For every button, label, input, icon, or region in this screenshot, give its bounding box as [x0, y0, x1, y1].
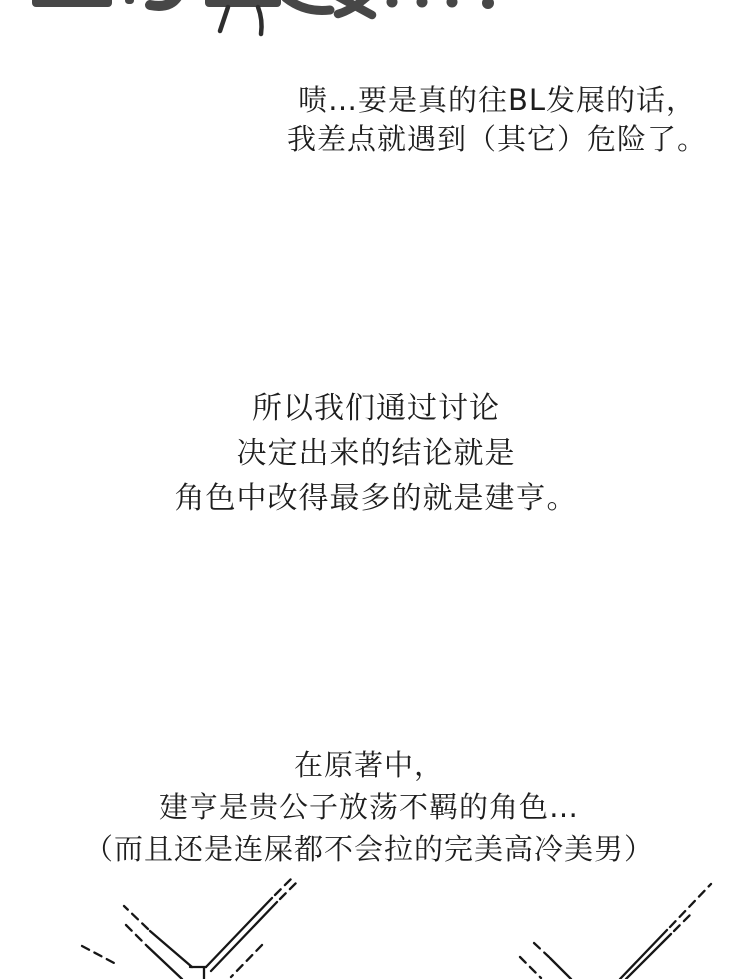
cropped-character-fragments-icon [32, 0, 494, 34]
cropped-title-strokes-art [0, 0, 740, 48]
narration-bottom-line-1: 在原著中， [34, 744, 704, 786]
narration-middle-line-3: 角色中改得最多的就是建亨。 [126, 476, 626, 521]
narration-bottom-line-3: （而且还是连屎都不会拉的完美高冷美男） [34, 828, 704, 870]
narration-bottom: 在原著中， 建亨是贵公子放荡不羁的角色… （而且还是连屎都不会拉的完美高冷美男） [34, 744, 704, 870]
narration-top-line-1: 啧…要是真的往BL发展的话， [254, 81, 740, 120]
narration-bottom-line-2: 建亨是贵公子放荡不羁的角色… [34, 786, 704, 828]
narration-top-line-2: 我差点就遇到（其它）危险了。 [254, 120, 740, 159]
narration-middle-line-2: 决定出来的结论就是 [126, 431, 626, 476]
sparkle-burst-left-icon [82, 877, 296, 979]
narration-top: 啧…要是真的往BL发展的话， 我差点就遇到（其它）危险了。 [254, 81, 740, 159]
narration-middle: 所以我们通过讨论 决定出来的结论就是 角色中改得最多的就是建亨。 [126, 386, 626, 521]
bottom-sparkle-line-art [0, 874, 740, 979]
comic-page: 啧…要是真的往BL发展的话， 我差点就遇到（其它）危险了。 所以我们通过讨论 决… [0, 0, 740, 979]
narration-middle-line-1: 所以我们通过讨论 [126, 386, 626, 431]
sparkle-burst-right-icon [520, 884, 711, 979]
